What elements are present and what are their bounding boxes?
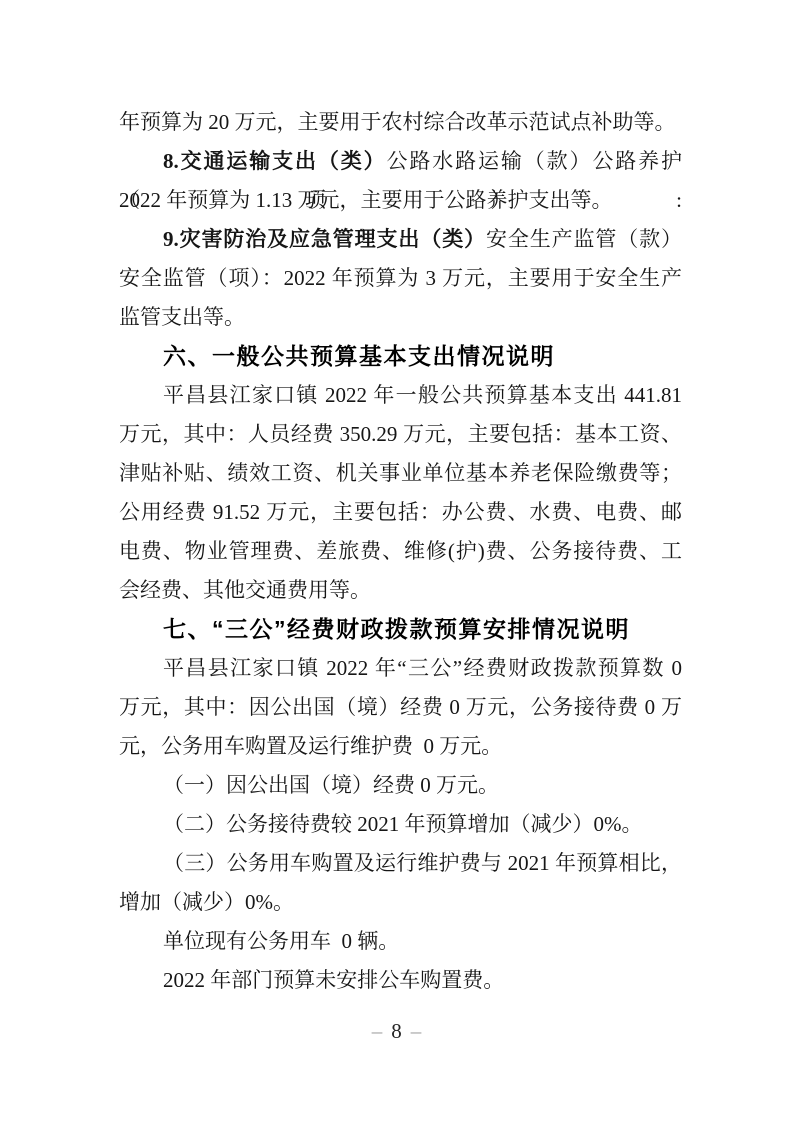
body-line: 万元，其中：因公出国（境）经费 0 万元，公务接待费 0 万 — [119, 688, 682, 727]
bold-run: 8.交通运输支出（类） — [163, 149, 387, 173]
body-line: 公用经费 91.52 万元，主要包括：办公费、水费、电费、邮 — [119, 493, 682, 532]
text-run: 元，公务用车购置及运行维护费 0 万元。 — [119, 734, 502, 758]
page-footer: –8– — [0, 1016, 793, 1046]
footer-right-dash: – — [402, 1019, 431, 1043]
text-run: 安全监管（项）：2022 年预算为 3 万元，主要用于安全生产 — [119, 266, 682, 290]
heading-text: 六、一般公共预算基本支出情况说明 — [163, 343, 555, 369]
section-heading-seven: 七、“三公”经费财政拨款预算安排情况说明 — [119, 610, 682, 649]
text-run: 万元，其中：因公出国（境）经费 0 万元，公务接待费 0 万 — [119, 695, 682, 719]
page-body-text: 年预算为 20 万元，主要用于农村综合改革示范试点补助等。 8.交通运输支出（类… — [119, 103, 682, 1000]
text-run: 监管支出等。 — [119, 305, 245, 329]
text-run: （一）因公出国（境）经费 0 万元。 — [163, 773, 499, 797]
text-run: 安全生产监管（款） — [486, 227, 682, 251]
body-line: 年预算为 20 万元，主要用于农村综合改革示范试点补助等。 — [119, 103, 682, 142]
bold-run: 9.灾害防治及应急管理支出（类） — [163, 227, 486, 251]
text-run: （二）公务接待费较 2021 年预算增加（减少）0%。 — [163, 812, 643, 836]
text-run: 年预算为 20 万元，主要用于农村综合改革示范试点补助等。 — [119, 110, 676, 134]
body-line: 安全监管（项）：2022 年预算为 3 万元，主要用于安全生产 — [119, 259, 682, 298]
body-line: 元，公务用车购置及运行维护费 0 万元。 — [119, 727, 682, 766]
text-run: 公用经费 91.52 万元，主要包括：办公费、水费、电费、邮 — [119, 500, 682, 524]
body-line: 会经费、其他交通费用等。 — [119, 571, 682, 610]
body-line: 监管支出等。 — [119, 298, 682, 337]
document-page: 年预算为 20 万元，主要用于农村综合改革示范试点补助等。 8.交通运输支出（类… — [0, 0, 793, 1122]
body-line-item-8: 8.交通运输支出（类）公路水路运输（款）公路养护（项）: — [119, 142, 682, 181]
page-number: 8 — [391, 1019, 402, 1043]
text-run: 会经费、其他交通费用等。 — [119, 578, 371, 602]
heading-text: 七、“三公”经费财政拨款预算安排情况说明 — [163, 616, 630, 642]
text-run: 电费、物业管理费、差旅费、维修(护)费、公务接待费、工 — [119, 539, 682, 563]
body-line: 单位现有公务用车 0 辆。 — [119, 922, 682, 961]
text-run: 平昌县江家口镇 2022 年“三公”经费财政拨款预算数 0 — [163, 656, 682, 680]
body-line: 2022 年部门预算未安排公车购置费。 — [119, 961, 682, 1000]
body-line: 万元，其中：人员经费 350.29 万元，主要包括：基本工资、 — [119, 415, 682, 454]
body-line: 平昌县江家口镇 2022 年一般公共预算基本支出 441.81 — [119, 376, 682, 415]
text-run: 增加（减少）0%。 — [119, 890, 294, 914]
text-run: 万元，其中：人员经费 350.29 万元，主要包括：基本工资、 — [119, 422, 682, 446]
text-run: 2022 年部门预算未安排公车购置费。 — [163, 968, 504, 992]
body-line: 平昌县江家口镇 2022 年“三公”经费财政拨款预算数 0 — [119, 649, 682, 688]
body-line-subitem-1: （一）因公出国（境）经费 0 万元。 — [119, 766, 682, 805]
body-line: 电费、物业管理费、差旅费、维修(护)费、公务接待费、工 — [119, 532, 682, 571]
body-line-subitem-3: （三）公务用车购置及运行维护费与 2021 年预算相比， — [119, 844, 682, 883]
footer-left-dash: – — [363, 1019, 392, 1043]
body-line: 2022 年预算为 1.13 万元，主要用于公路养护支出等。 — [119, 181, 682, 220]
section-heading-six: 六、一般公共预算基本支出情况说明 — [119, 337, 682, 376]
text-run: 2022 年预算为 1.13 万元，主要用于公路养护支出等。 — [119, 188, 613, 212]
body-line: 增加（减少）0%。 — [119, 883, 682, 922]
text-run: （三）公务用车购置及运行维护费与 2021 年预算相比， — [163, 851, 682, 875]
body-line-item-9: 9.灾害防治及应急管理支出（类）安全生产监管（款） — [119, 220, 682, 259]
text-run: 单位现有公务用车 0 辆。 — [163, 929, 399, 953]
text-run: 津贴补贴、绩效工资、机关事业单位基本养老保险缴费等； — [119, 461, 682, 485]
body-line-subitem-2: （二）公务接待费较 2021 年预算增加（减少）0%。 — [119, 805, 682, 844]
body-line: 津贴补贴、绩效工资、机关事业单位基本养老保险缴费等； — [119, 454, 682, 493]
text-run: 平昌县江家口镇 2022 年一般公共预算基本支出 441.81 — [163, 383, 682, 407]
